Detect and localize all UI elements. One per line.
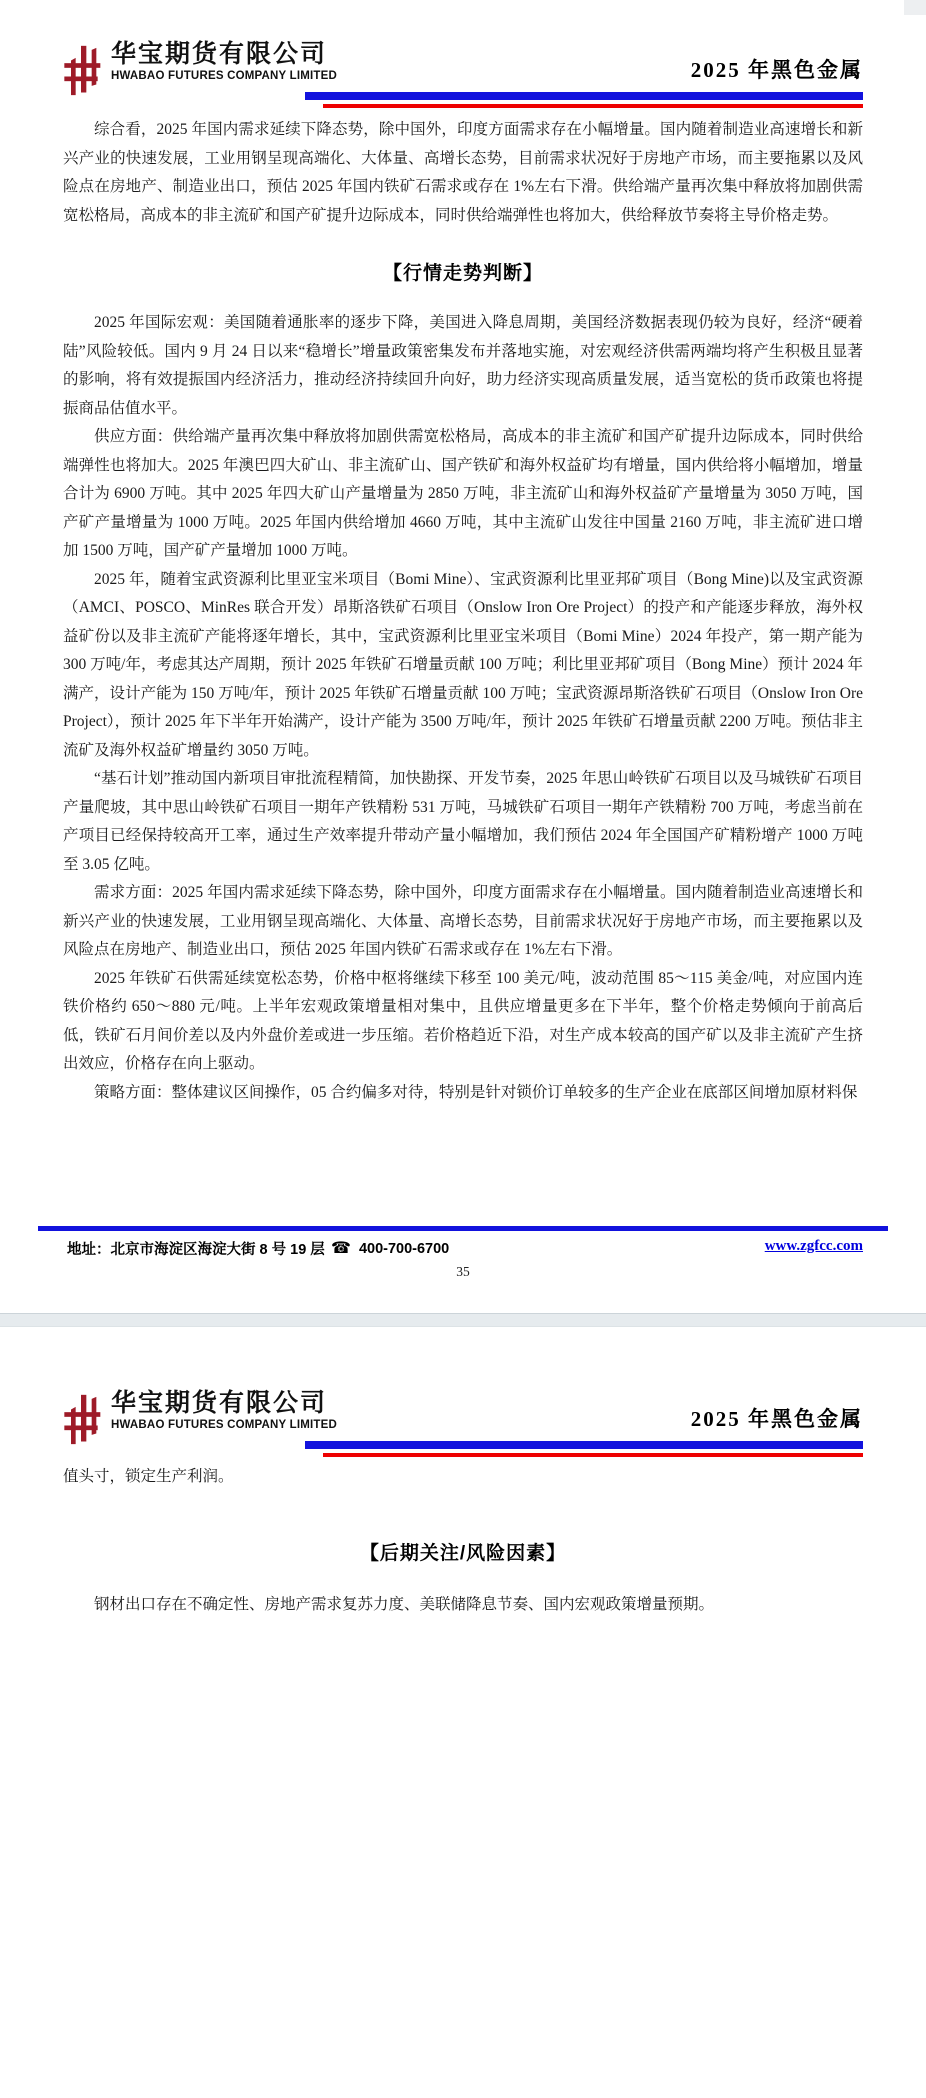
hwabao-logo-icon: [63, 1392, 103, 1447]
footer-address: 地址：北京市海淀区海淀大街 8 号 19 层: [67, 1238, 325, 1259]
company-block: 华宝期货有限公司 HWABAO FUTURES COMPANY LIMITED: [111, 40, 337, 82]
page-2-content: 值头寸，锁定生产利润。 【后期关注/风险因素】 钢材出口存在不确定性、房地产需求…: [63, 1463, 863, 1619]
projects-paragraph: 2025 年，随着宝武资源利比里亚宝米项目（Bomi Mine）、宝武资源利比里…: [63, 566, 863, 766]
phone-icon: ☎: [331, 1240, 351, 1257]
supply-paragraph: 供应方面：供给端产量再次集中释放将加剧供需宽松格局，高成本的非主流矿和国产矿提升…: [63, 423, 863, 566]
page-header: 华宝期货有限公司 HWABAO FUTURES COMPANY LIMITED …: [63, 1389, 863, 1461]
demand-paragraph: 需求方面：2025 年国内需求延续下降态势，除中国外，印度方面需求存在小幅增量。…: [63, 879, 863, 965]
company-name-cn: 华宝期货有限公司: [111, 1389, 337, 1418]
risk-paragraph: 钢材出口存在不确定性、房地产需求复苏力度、美联储降息节奏、国内宏观政策增量预期。: [63, 1591, 863, 1620]
hwabao-logo-icon: [63, 43, 103, 98]
footer-blue-rule: [38, 1226, 888, 1231]
page-footer: 地址：北京市海淀区海淀大街 8 号 19 层 ☎400-700-6700 www…: [63, 1238, 863, 1260]
header-red-rule: [323, 1453, 863, 1457]
page-header: 华宝期货有限公司 HWABAO FUTURES COMPANY LIMITED …: [63, 40, 863, 112]
header-blue-rule: [305, 1441, 863, 1449]
section-heading-risk: 【后期关注/风险因素】: [63, 1538, 863, 1565]
report-page-2: 华宝期货有限公司 HWABAO FUTURES COMPANY LIMITED …: [0, 1327, 926, 2098]
cornerstone-paragraph: “基石计划”推动国内新项目审批流程精简，加快勘探、开发节奏，2025 年思山岭铁…: [63, 765, 863, 879]
footer-phone-number: 400-700-6700: [359, 1241, 449, 1257]
strategy-paragraph: 策略方面：整体建议区间操作，05 合约偏多对待，特别是针对锁价订单较多的生产企业…: [63, 1079, 863, 1108]
page-separator: [0, 1313, 926, 1327]
website-link[interactable]: www.zgfcc.com: [765, 1238, 863, 1254]
footer-phone: ☎400-700-6700: [331, 1238, 449, 1258]
macro-paragraph: 2025 年国际宏观：美国随着通胀率的逐步下降，美国进入降息周期，美国经济数据表…: [63, 309, 863, 423]
viewer-corner-chip: [904, 0, 926, 15]
company-name-en: HWABAO FUTURES COMPANY LIMITED: [111, 1419, 337, 1431]
summary-paragraph: 综合看，2025 年国内需求延续下降态势，除中国外，印度方面需求存在小幅增量。国…: [63, 116, 863, 230]
company-name-cn: 华宝期货有限公司: [111, 40, 337, 69]
header-red-rule: [323, 104, 863, 108]
footer-website: www.zgfcc.com: [765, 1238, 863, 1255]
company-block: 华宝期货有限公司 HWABAO FUTURES COMPANY LIMITED: [111, 1389, 337, 1431]
report-page-1: 华宝期货有限公司 HWABAO FUTURES COMPANY LIMITED …: [0, 0, 926, 1313]
page-1-content: 综合看，2025 年国内需求延续下降态势，除中国外，印度方面需求存在小幅增量。国…: [63, 116, 863, 1107]
header-blue-rule: [305, 92, 863, 100]
company-name-en: HWABAO FUTURES COMPANY LIMITED: [111, 70, 337, 82]
page-number: 35: [0, 1264, 926, 1280]
section-heading-trend: 【行情走势判断】: [63, 258, 863, 285]
price-paragraph: 2025 年铁矿石供需延续宽松态势，价格中枢将继续下移至 100 美元/吨，波动…: [63, 965, 863, 1079]
report-title: 2025 年黑色金属: [691, 54, 863, 84]
strategy-continuation-paragraph: 值头寸，锁定生产利润。: [63, 1463, 863, 1492]
report-title: 2025 年黑色金属: [691, 1403, 863, 1433]
